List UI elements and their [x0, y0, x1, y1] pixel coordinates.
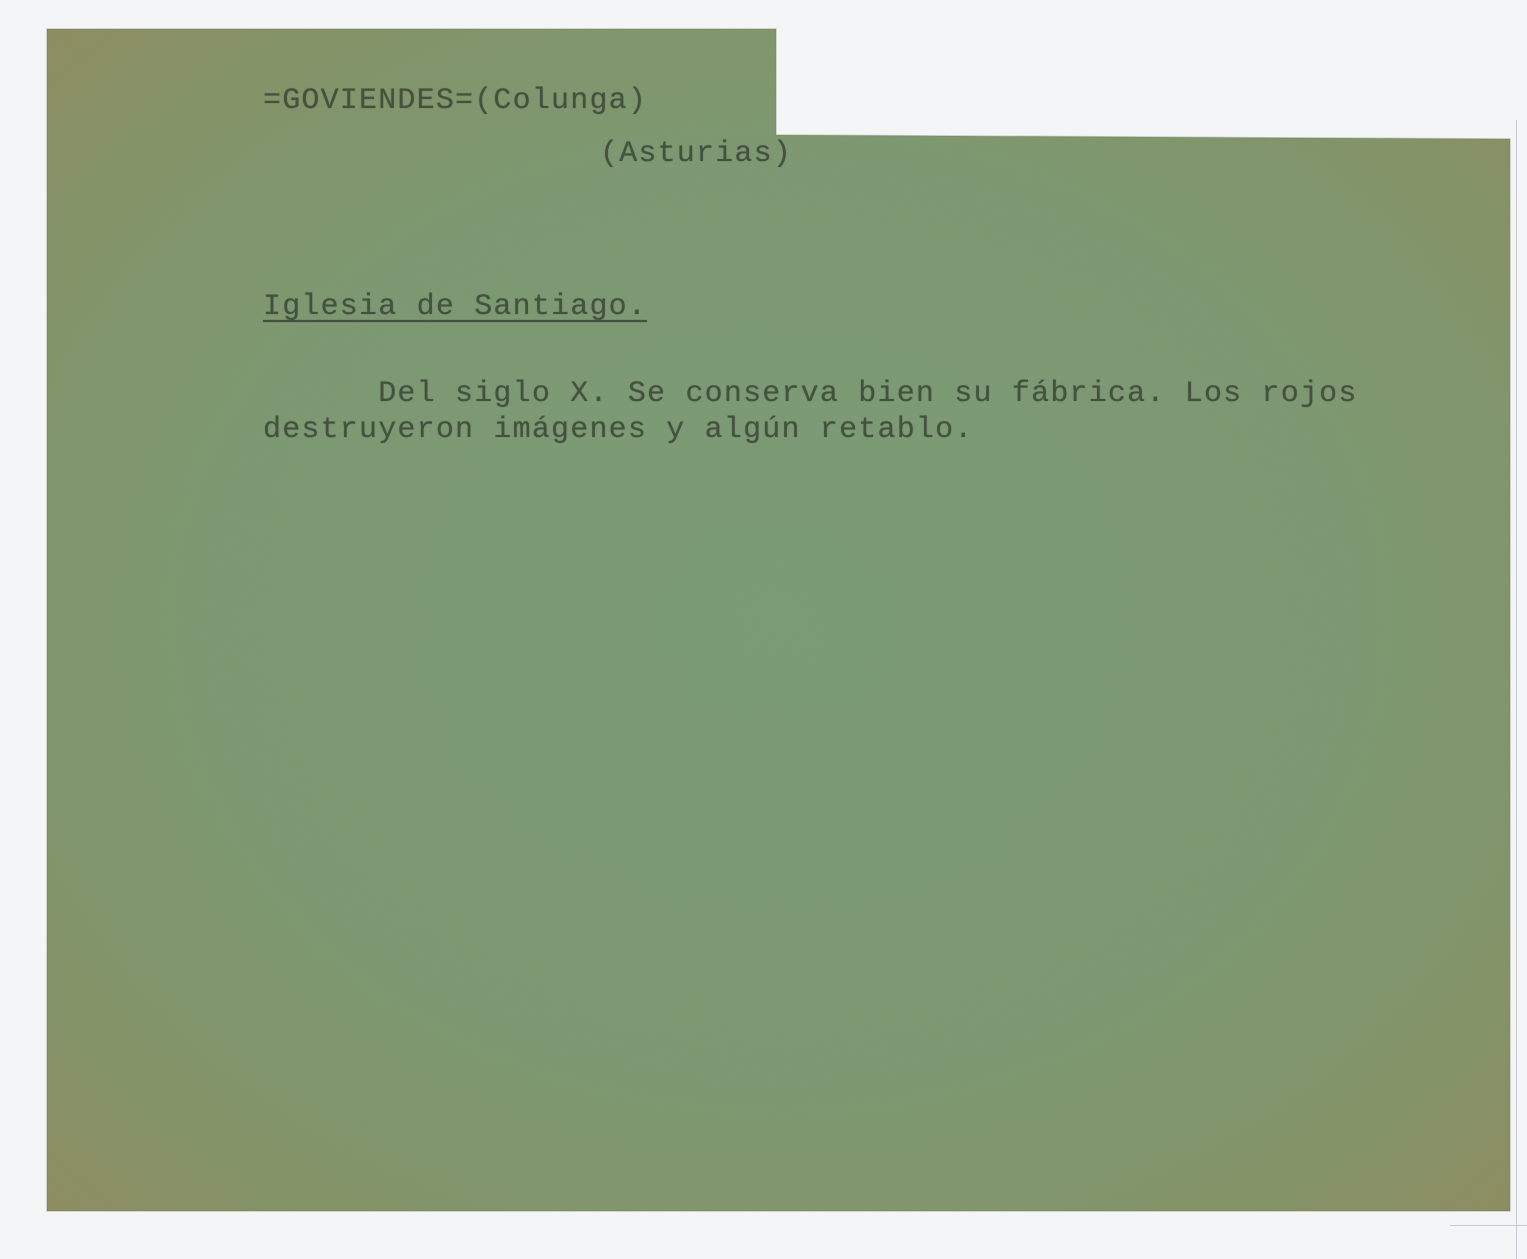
place-name-heading: =GOVIENDES=(Colunga) [263, 84, 647, 118]
index-card: =GOVIENDES=(Colunga) (Asturias) Iglesia … [0, 0, 1527, 1259]
card-background [0, 0, 1527, 1259]
body-text-line-1: Del siglo X. Se conserva bien su fábrica… [263, 377, 1358, 411]
body-text-line-2: destruyeron imágenes y algún retablo. [263, 413, 974, 447]
entry-title: Iglesia de Santiago. [263, 290, 647, 324]
province-heading: (Asturias) [600, 137, 792, 171]
crop-mark-vertical [1516, 120, 1517, 1259]
crop-mark-horizontal [1450, 1225, 1527, 1226]
